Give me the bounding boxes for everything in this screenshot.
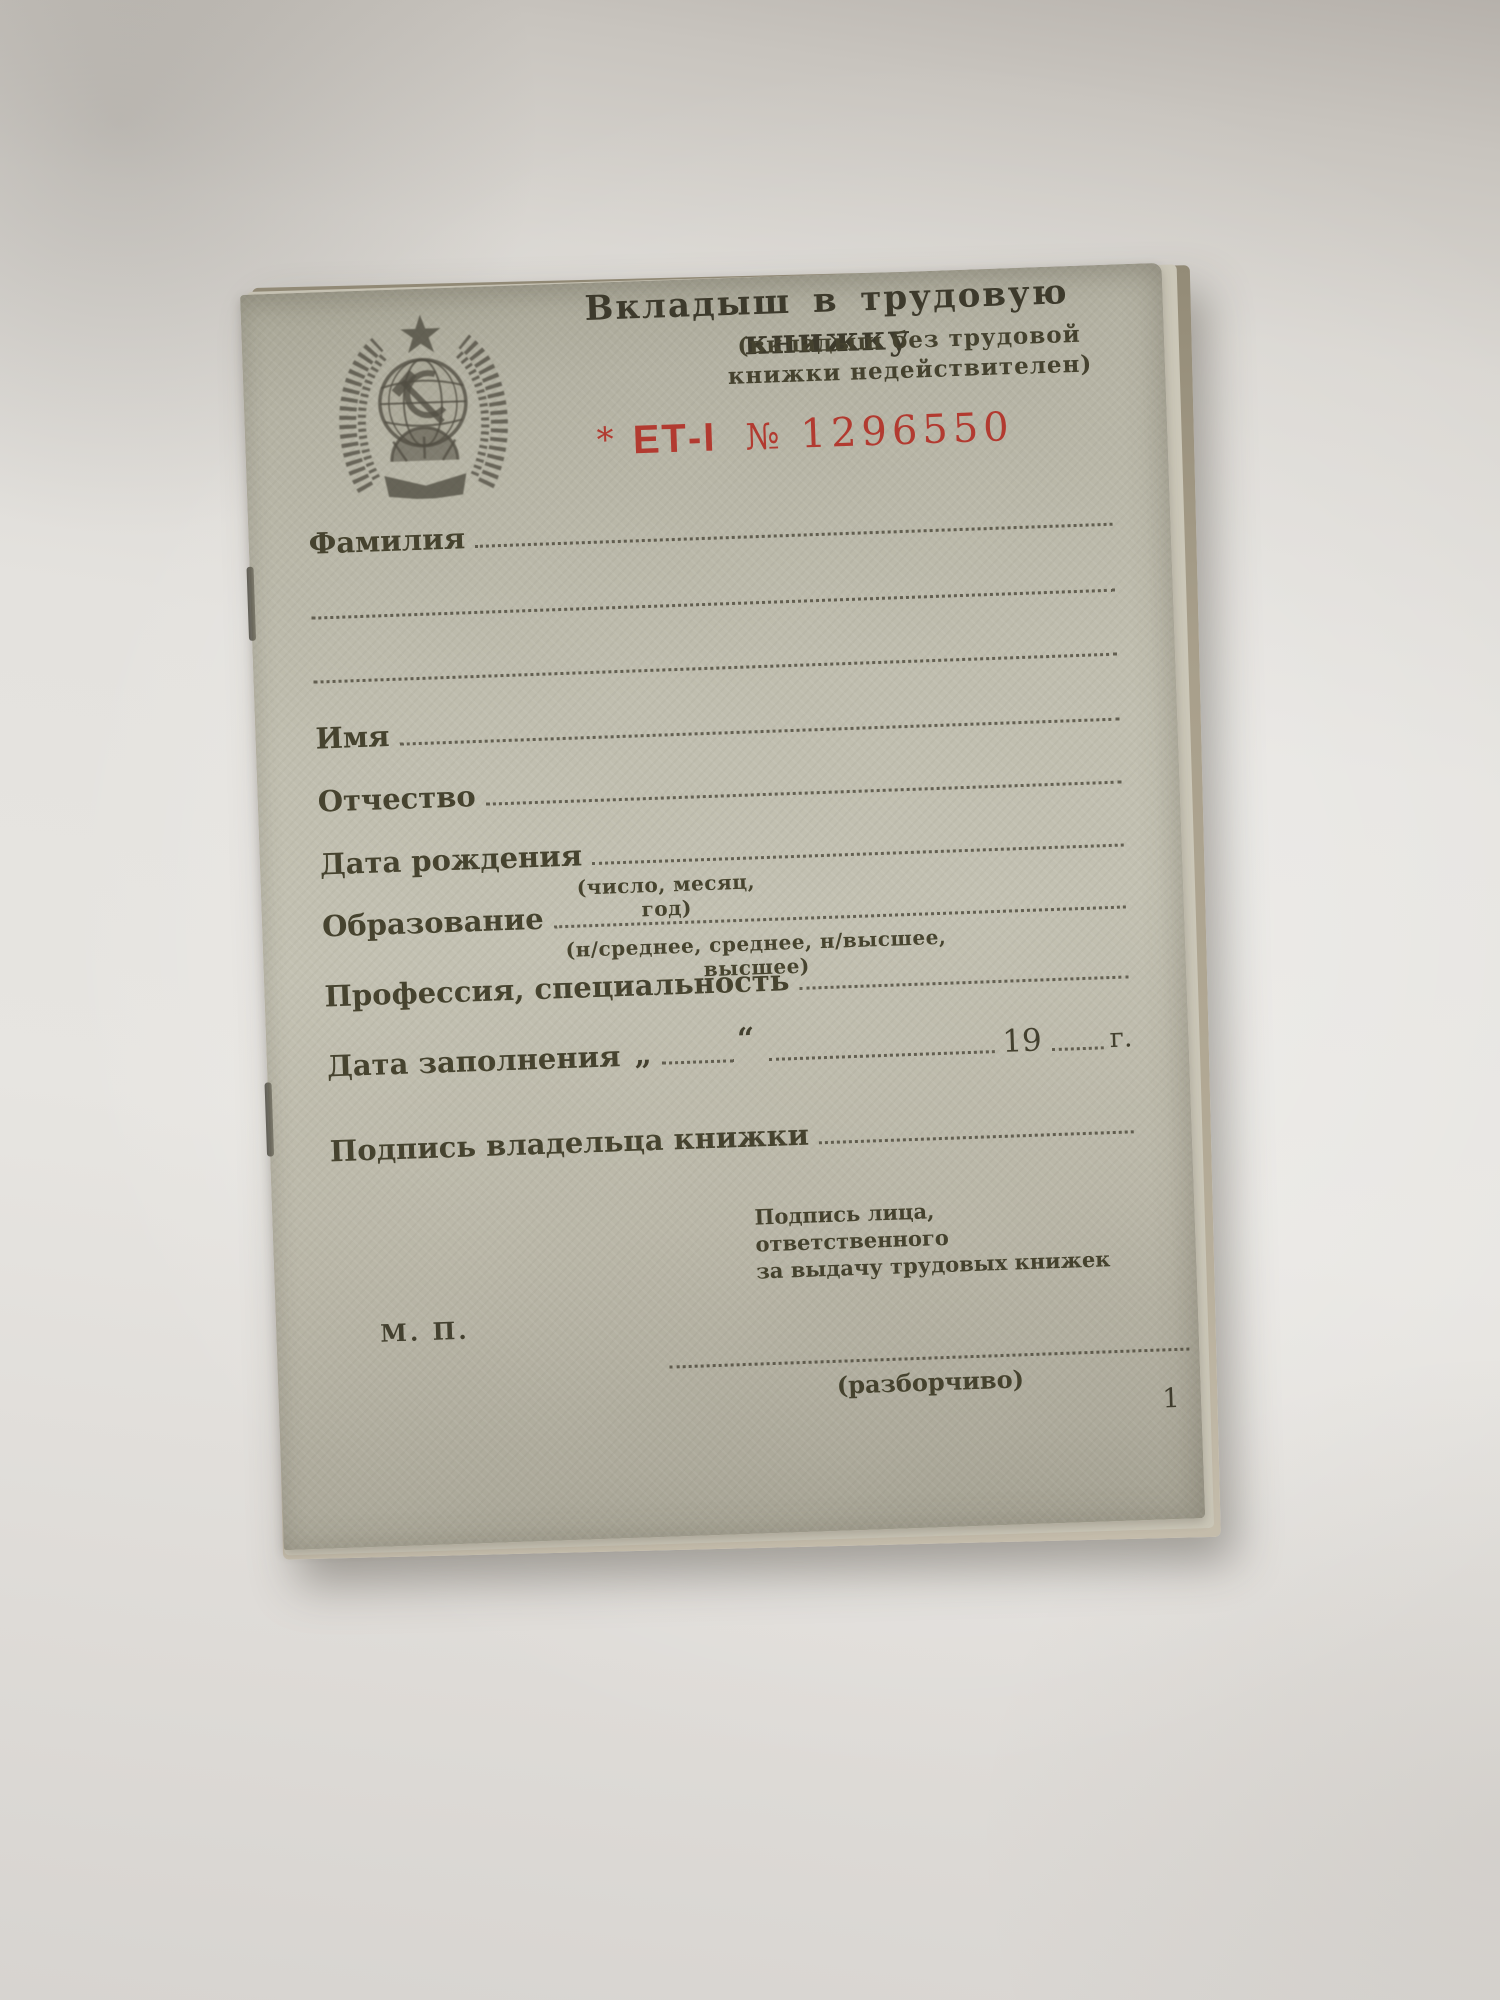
- asterisk-icon: *: [596, 420, 614, 461]
- serial-number-line: * ЕТ-І № 1296550: [565, 403, 1046, 466]
- photograph-background: Вкладыш в трудовую книжку (вкладыш без т…: [0, 0, 1500, 2000]
- fill-date-year-line: [1052, 1046, 1104, 1051]
- ussr-coat-of-arms-icon: [327, 305, 520, 501]
- education-label: Образование: [321, 902, 544, 944]
- year-prefix: 19: [1002, 1022, 1043, 1059]
- staple-icon: [246, 567, 256, 641]
- owner-signature-field-row: Подпись владельца книжки: [329, 1100, 1136, 1168]
- first-name-label: Имя: [315, 719, 390, 756]
- close-quote: “: [737, 1025, 755, 1056]
- profession-label: Профессия, специальность: [324, 963, 790, 1013]
- birth-date-fill-line: [592, 843, 1123, 865]
- first-name-fill-line: [400, 718, 1120, 746]
- owner-signature-label: Подпись владельца книжки: [329, 1118, 809, 1169]
- official-signature-caption: Подпись лица, ответственного за выдачу т…: [754, 1190, 1137, 1284]
- surname-label: Фамилия: [308, 521, 465, 560]
- stamp-place-label: М. П.: [380, 1316, 470, 1348]
- birth-date-label: Дата рождения: [319, 838, 582, 881]
- first-name-field-row: Имя: [315, 688, 1122, 756]
- staple-icon: [265, 1082, 275, 1156]
- serial-series: ЕТ-І: [632, 415, 717, 462]
- open-quote: „: [634, 1040, 652, 1071]
- patronymic-field-row: Отчество: [317, 750, 1124, 818]
- surname-field-row: Фамилия: [308, 493, 1115, 561]
- owner-signature-fill-line: [819, 1130, 1134, 1144]
- document-page: Вкладыш в трудовую книжку (вкладыш без т…: [240, 263, 1205, 1550]
- patronymic-label: Отчество: [317, 779, 476, 818]
- surname-extra-line-2: [312, 623, 1119, 691]
- profession-fill-line: [800, 975, 1129, 989]
- official-signature-fill-line: [668, 1311, 1189, 1369]
- fill-line: [314, 653, 1118, 684]
- education-fill-line: [554, 905, 1126, 928]
- page-number: 1: [1141, 1382, 1202, 1415]
- fill-date-day-line: [662, 1059, 734, 1065]
- fill-line: [311, 589, 1115, 620]
- fill-date-label: Дата заполнения: [326, 1039, 621, 1083]
- patronymic-fill-line: [486, 781, 1122, 806]
- serial-number: 1296550: [800, 404, 1015, 457]
- surname-fill-line: [475, 523, 1112, 548]
- year-suffix: г.: [1109, 1022, 1133, 1054]
- fill-date-field-row: Дата заполнения „ “ 19 г.: [326, 1015, 1133, 1083]
- surname-extra-line-1: [310, 559, 1117, 627]
- numero-sign: №: [745, 416, 780, 458]
- fill-date-month-line: [769, 1050, 995, 1061]
